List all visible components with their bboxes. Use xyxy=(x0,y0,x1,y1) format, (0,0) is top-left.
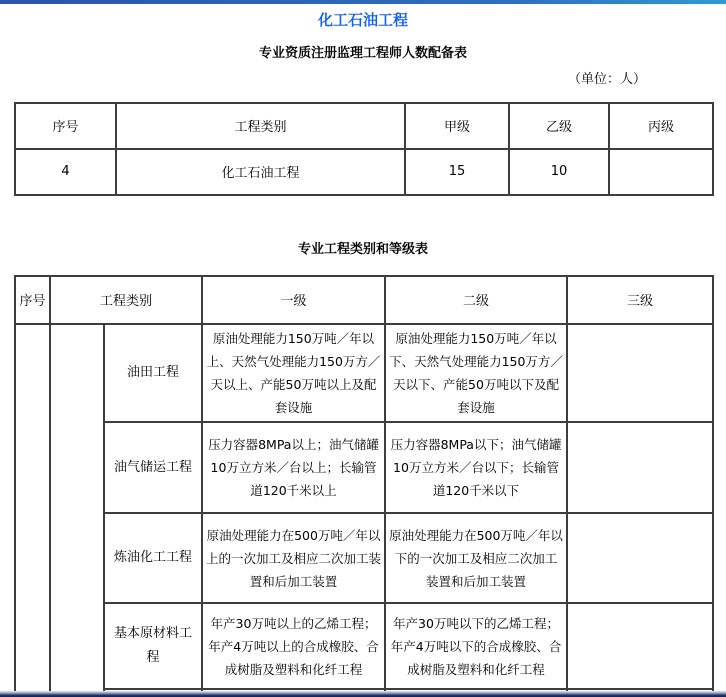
bottom-accent-bar xyxy=(0,691,726,697)
table-row-storage-transport: 油气储运工程 压力容器8MPa以上；油气储罐10万立方米／台以上；长输管道120… xyxy=(15,422,713,513)
cell-grade-b: 10 xyxy=(509,149,609,195)
grade-table: 序号 工程类别 一级 二级 三级 油田工程 原油处理能力150万吨／年以上、天然… xyxy=(14,275,714,697)
grade-table-header-row: 序号 工程类别 一级 二级 三级 xyxy=(15,276,713,324)
grade-header-level2: 二级 xyxy=(385,276,567,324)
cell-level1: 压力容器8MPa以上；油气储罐10万立方米／台以上；长输管道120千米以上 xyxy=(202,422,385,513)
table-row-refining: 炼油化工工程 原油处理能力在500万吨／年以上的一次加工及相应二次加工装置和后加… xyxy=(15,513,713,603)
staffing-table-caption: 专业资质注册监理工程师人数配备表 xyxy=(0,47,726,61)
staffing-table: 序号 工程类别 甲级 乙级 丙级 4 化工石油工程 15 10 xyxy=(14,102,714,196)
staffing-header-grade-c: 丙级 xyxy=(609,103,713,149)
cell-category: 基本原材料工程 xyxy=(104,603,202,689)
cell-level1: 原油处理能力在500万吨／年以上的一次加工及相应二次加工装置和后加工装置 xyxy=(202,513,385,603)
staffing-header-category: 工程类别 xyxy=(116,103,405,149)
cell-category: 油气储运工程 xyxy=(104,422,202,513)
table-row-oilfield: 油田工程 原油处理能力150万吨／年以上、天然气处理能力150万方／天以上、产能… xyxy=(15,324,713,423)
grade-header-category: 工程类别 xyxy=(50,276,202,324)
unit-note: （单位：人） xyxy=(0,72,726,87)
grade-header-level3: 三级 xyxy=(567,276,713,324)
cell-seq: 4 xyxy=(15,149,116,195)
cell-level2: 压力容器8MPa以下；油气储罐10万立方米／台以下；长输管道120千米以下 xyxy=(385,422,567,513)
staffing-header-seq: 序号 xyxy=(15,103,116,149)
cell-level2: 原油处理能力150万吨／年以下、天然气处理能力150万方／天以下、产能50万吨以… xyxy=(385,324,567,423)
top-accent-bar xyxy=(0,0,726,4)
staffing-header-grade-a: 甲级 xyxy=(405,103,509,149)
grade-header-seq: 序号 xyxy=(15,276,50,324)
cell-grade-a: 15 xyxy=(405,149,509,195)
cell-level2: 年产30万吨以下的乙烯工程；年产4万吨以下的合成橡胶、合成树脂及塑料和化纤工程 xyxy=(385,603,567,689)
staffing-table-row: 4 化工石油工程 15 10 xyxy=(15,149,713,195)
grade-header-level1: 一级 xyxy=(202,276,385,324)
cell-level3 xyxy=(567,513,713,603)
cell-level3 xyxy=(567,603,713,689)
table-row-basic-materials: 基本原材料工程 年产30万吨以上的乙烯工程；年产4万吨以上的合成橡胶、合成树脂及… xyxy=(15,603,713,689)
cell-category: 炼油化工工程 xyxy=(104,513,202,603)
cell-category: 油田工程 xyxy=(104,324,202,423)
cell-level1: 原油处理能力150万吨／年以上、天然气处理能力150万方／天以上、产能50万吨以… xyxy=(202,324,385,423)
staffing-header-grade-b: 乙级 xyxy=(509,103,609,149)
staffing-table-header-row: 序号 工程类别 甲级 乙级 丙级 xyxy=(15,103,713,149)
cell-level1: 年产30万吨以上的乙烯工程；年产4万吨以上的合成橡胶、合成树脂及塑料和化纤工程 xyxy=(202,603,385,689)
page-title: 化工石油工程 xyxy=(0,12,726,28)
cell-grade-c xyxy=(609,149,713,195)
cell-subgroup-span xyxy=(50,324,104,697)
grade-table-caption: 专业工程类别和等级表 xyxy=(0,243,726,257)
cell-category: 化工石油工程 xyxy=(116,149,405,195)
cell-level3 xyxy=(567,324,713,423)
cell-level3 xyxy=(567,422,713,513)
cell-seq-span xyxy=(15,324,50,697)
cell-level2: 原油处理能力在500万吨／年以下的一次加工及相应二次加工装置和后加工装置 xyxy=(385,513,567,603)
